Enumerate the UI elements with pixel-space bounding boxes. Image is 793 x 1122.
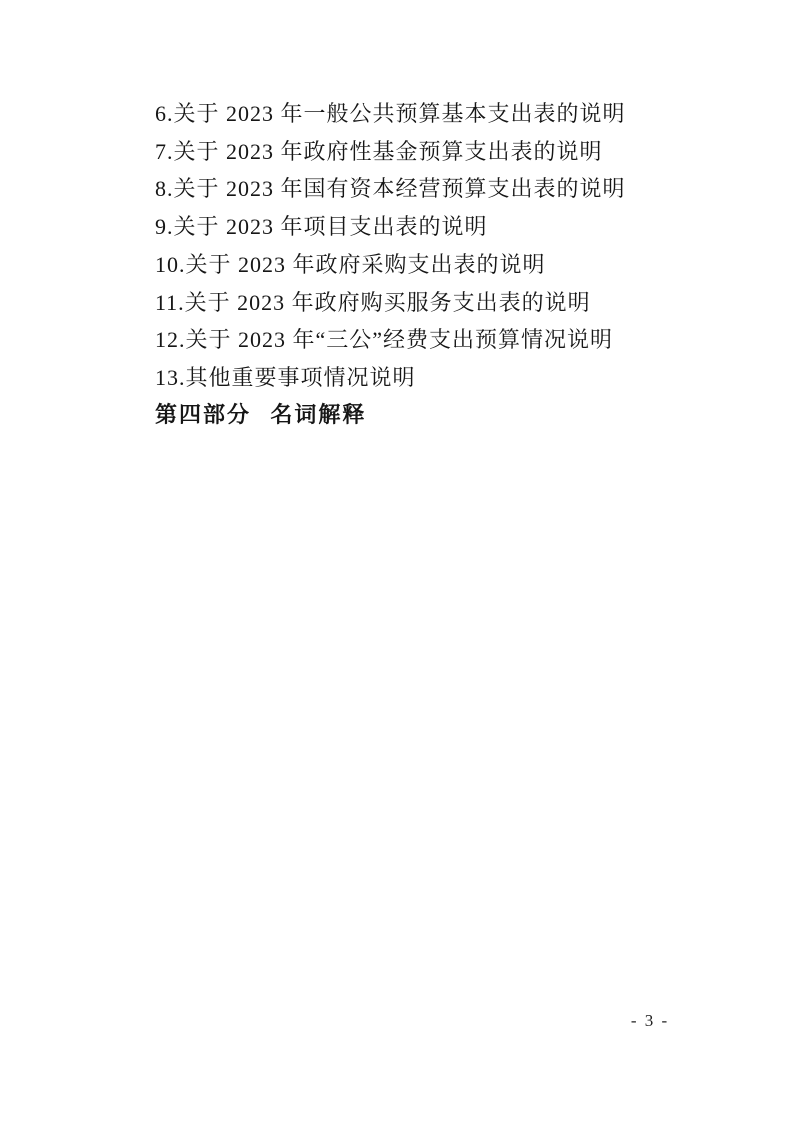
section-heading-part4: 第四部分 名词解释 — [155, 397, 715, 435]
toc-item-10: 10.关于 2023 年政府采购支出表的说明 — [155, 246, 715, 284]
page-number: - 3 - — [608, 1009, 692, 1033]
document-page: 6.关于 2023 年一般公共预算基本支出表的说明 7.关于 2023 年政府性… — [0, 0, 793, 1122]
toc-item-11: 11.关于 2023 年政府购买服务支出表的说明 — [155, 284, 715, 322]
toc-item-9: 9.关于 2023 年项目支出表的说明 — [155, 208, 715, 246]
toc-item-12: 12.关于 2023 年“三公”经费支出预算情况说明 — [155, 321, 715, 359]
toc-item-13: 13.其他重要事项情况说明 — [155, 359, 715, 397]
table-of-contents: 6.关于 2023 年一般公共预算基本支出表的说明 7.关于 2023 年政府性… — [155, 95, 715, 434]
toc-item-7: 7.关于 2023 年政府性基金预算支出表的说明 — [155, 133, 715, 171]
toc-item-6: 6.关于 2023 年一般公共预算基本支出表的说明 — [155, 95, 715, 133]
toc-item-8: 8.关于 2023 年国有资本经营预算支出表的说明 — [155, 170, 715, 208]
